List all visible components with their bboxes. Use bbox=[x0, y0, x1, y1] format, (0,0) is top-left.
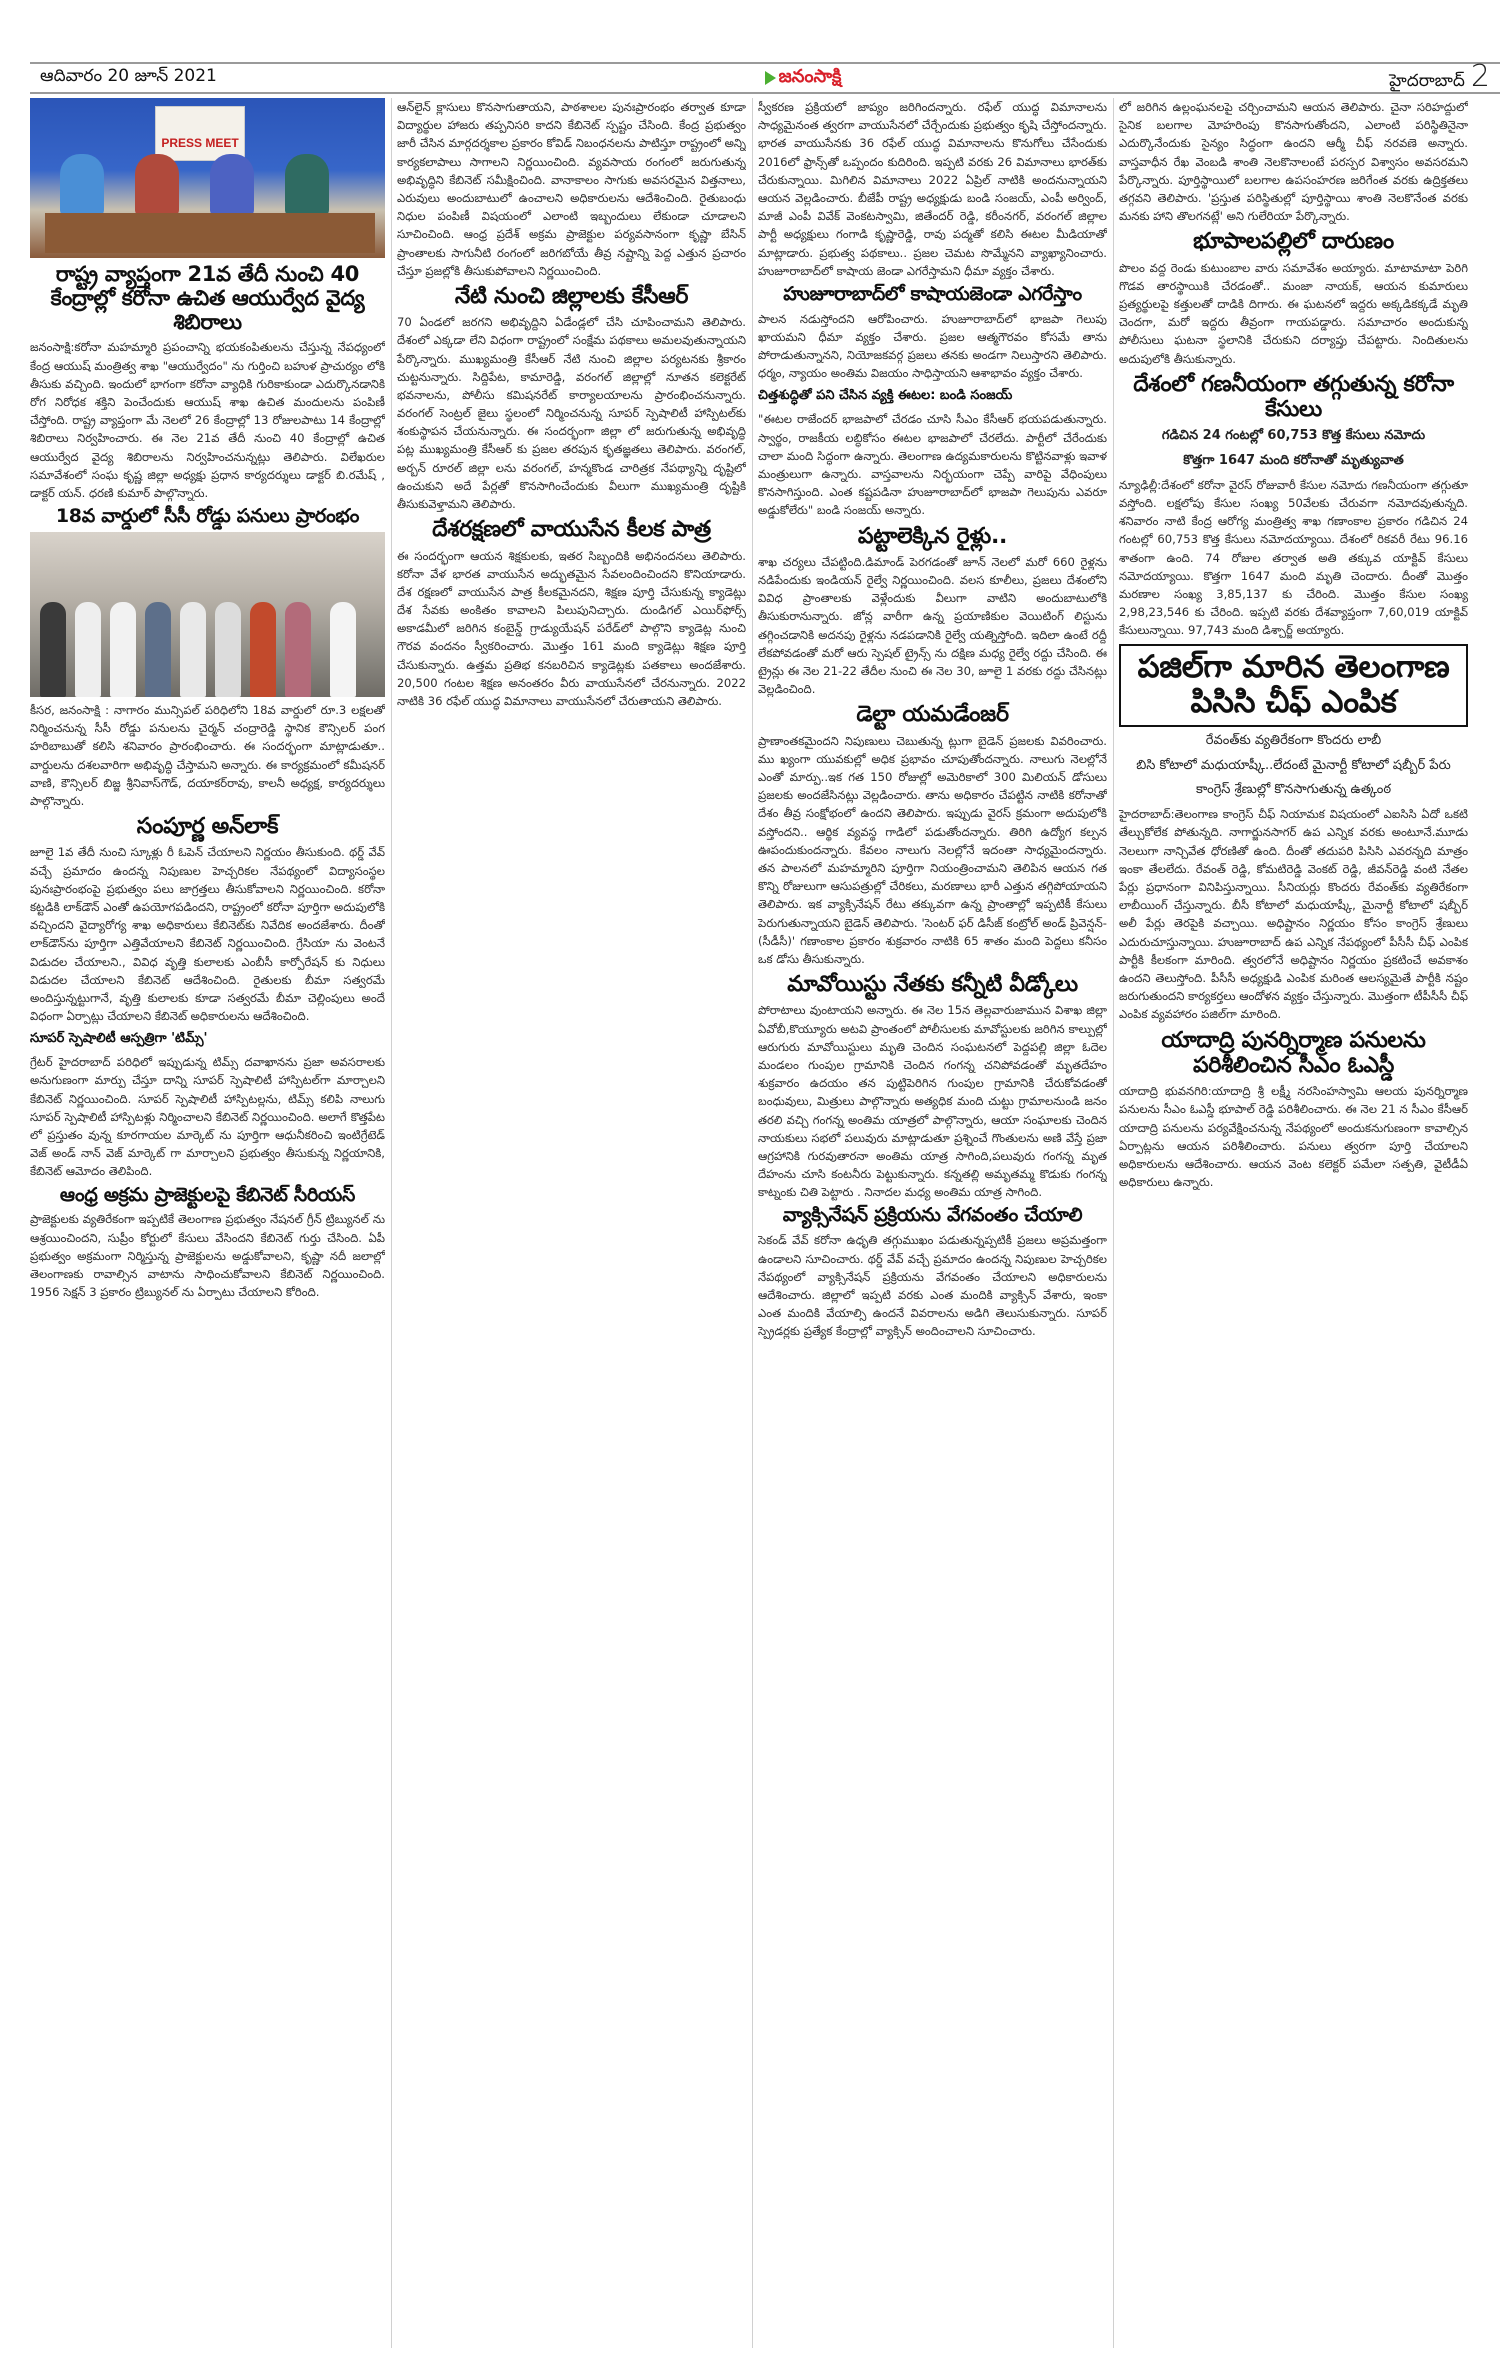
headline[interactable]: రాష్ట్ర వ్యాప్తంగా 21వ తేదీ నుంచి 40 కేం… bbox=[30, 262, 385, 334]
article-body: సెకండ్ వేవ్ కరోనా ఉధృతి తగ్గుముఖం పడుతున… bbox=[758, 1231, 1107, 2348]
person-figure bbox=[285, 154, 329, 216]
person-figure bbox=[210, 154, 254, 216]
column-4: లో జరిగిన ఉల్లంఘనలపై చర్చించామని ఆయన తెల… bbox=[1113, 98, 1468, 2348]
person-figure bbox=[180, 602, 206, 697]
article-body: "ఈటల రాజేందర్ భాజపాలో చేరడం చూసి సీఎం కే… bbox=[758, 410, 1107, 519]
issue-date: ఆదివారం 20 జూన్ 2021 bbox=[40, 66, 217, 90]
headline[interactable]: భూపాలపల్లిలో దారుణం bbox=[1119, 229, 1468, 254]
person-figure bbox=[60, 154, 104, 216]
headline[interactable]: సంపూర్ణ అన్‌లాక్ bbox=[30, 814, 385, 839]
headline[interactable]: డెల్టా యమడేంజర్ bbox=[758, 702, 1107, 727]
article-subheading: గడిచిన 24 గంటల్లో 60,753 కొత్త కేసులు నమ… bbox=[1119, 426, 1468, 447]
article-body: యాదాద్రి భువనగిరి:యాదాద్రి శ్రీ లక్ష్మీ … bbox=[1119, 1082, 1468, 2348]
person-figure bbox=[135, 154, 179, 216]
masthead: ఆదివారం 20 జూన్ 2021 జనంసాక్షి హైదరాబాద్… bbox=[30, 62, 1500, 94]
article-body: గ్రేటర్ హైదరాబాద్ పరిధిలో ఇప్పుడున్న టిమ… bbox=[30, 1053, 385, 1180]
person-figure bbox=[285, 602, 311, 697]
article-body: హైదరాబాద్:తెలంగాణ కాంగ్రెస్ చీఫ్ నియామక … bbox=[1119, 805, 1468, 1023]
column-2: ఆన్‌లైన్ క్లాసులు కొనసాగుతాయని, పాఠశాలల … bbox=[391, 98, 746, 2348]
newspaper-page: PRESS MEET రాష్ట్ర వ్యాప్తంగా 21వ తేదీ న… bbox=[30, 98, 1470, 2348]
headline[interactable]: దేశరక్షణలో వాయుసేన కీలక పాత్ర bbox=[397, 517, 746, 542]
person-figure bbox=[40, 602, 66, 697]
headline[interactable]: ఆంధ్ర అక్రమ ప్రాజెక్టులపై కేబినెట్ సీరియ… bbox=[30, 1185, 385, 1207]
headline[interactable]: దేశంలో గణనీయంగా తగ్గుతున్న కరోనా కేసులు bbox=[1119, 372, 1468, 423]
headline[interactable]: పట్టాలెక్కిన రైళ్లు.. bbox=[758, 524, 1107, 549]
person-figure bbox=[145, 602, 171, 697]
press-table bbox=[45, 213, 375, 253]
article-subheading: కాంగ్రెస్ శ్రేణుల్లో కొనసాగుతున్న ఉత్కంఠ bbox=[1119, 780, 1468, 801]
article-body: ప్రాణాంతకమైందని నిపుణులు చెబుతున్న ట్లుగ… bbox=[758, 732, 1107, 968]
press-meet-photo: PRESS MEET bbox=[30, 98, 385, 258]
newspaper-logo[interactable]: జనంసాక్షి bbox=[765, 66, 842, 91]
article-body: లో జరిగిన ఉల్లంఘనలపై చర్చించామని ఆయన తెల… bbox=[1119, 98, 1468, 225]
city-name: హైదరాబాద్ bbox=[1389, 71, 1465, 95]
article-subheading: రేవంత్‌కు వ్యతిరేకంగా కొందరు లాబీ bbox=[1119, 731, 1468, 752]
logo-leaf-icon bbox=[765, 71, 776, 85]
person-figure bbox=[250, 602, 276, 697]
person-figure bbox=[75, 602, 101, 697]
article-body: జనంసాక్షి:కరోనా మహమ్మారి ప్రపంచాన్ని భయక… bbox=[30, 338, 385, 502]
column-3: స్వీకరణ ప్రక్రియలో జాప్యం జరిగిందన్నారు.… bbox=[752, 98, 1107, 2348]
article-body: కీసర, జనంసాక్షి : నాగారం మున్సిపల్ పరిధి… bbox=[30, 701, 385, 810]
headline[interactable]: హుజూరాబాద్‌లో కాషాయజెండా ఎగరేస్తాం bbox=[758, 284, 1107, 306]
person-figure bbox=[330, 602, 356, 697]
headline[interactable]: 18వ వార్డులో సీసీ రోడ్డు పనులు ప్రారంభం bbox=[30, 506, 385, 528]
article-body: పొలం వద్ద రెండు కుటుంబాల వారు సమావేశం అయ… bbox=[1119, 259, 1468, 368]
article-body: ప్రాజెక్టులకు వ్యతిరేకంగా ఇప్పటికే తెలంగ… bbox=[30, 1210, 385, 2348]
logo-text: జనంసాక్షి bbox=[779, 66, 842, 91]
person-figure bbox=[215, 602, 241, 697]
article-body: ఈ సందర్భంగా ఆయన శిక్షకులకు, ఇతర సిబ్బంది… bbox=[397, 547, 746, 2348]
article-body: శాఖ చర్యలు చేపట్టింది.డిమాండ్ పెరగడంతో జ… bbox=[758, 553, 1107, 699]
headline[interactable]: మావోయిస్టు నేతకు కన్నీటి వీడ్కోలు bbox=[758, 972, 1107, 997]
headline[interactable]: యాదాద్రి పునర్నిర్మాణ పనులను పరిశీలించిన… bbox=[1119, 1028, 1468, 1079]
cc-road-photo bbox=[30, 532, 385, 697]
subheading: చిత్తశుద్ధితో పని చేసిన వ్యక్తి ఈటల: బండ… bbox=[758, 388, 1107, 406]
article-body: స్వీకరణ ప్రక్రియలో జాప్యం జరిగిందన్నారు.… bbox=[758, 98, 1107, 280]
article-body: ఆన్‌లైన్ క్లాసులు కొనసాగుతాయని, పాఠశాలల … bbox=[397, 98, 746, 280]
headline[interactable]: వ్యాక్సినేషన్ ప్రక్రియను వేగవంతం చేయాలి bbox=[758, 1205, 1107, 1227]
page-number: 2 bbox=[1471, 62, 1490, 92]
article-body: 70 ఏండలో జరగని అభివృద్దిని ఏడేండ్లలో చేస… bbox=[397, 313, 746, 513]
article-subheading: బిసి కోటాలో మధుయాష్కీ..లేదంటే మైనార్టీ క… bbox=[1119, 756, 1468, 777]
article-body: జూలై 1వ తేదీ నుంచి స్కూళ్లు రీ ఓపెన్ చేయ… bbox=[30, 843, 385, 1025]
headline[interactable]: నేటి నుంచి జిల్లాలకు కేసీఆర్ bbox=[397, 284, 746, 309]
article-body: పోరాటాలు వుంటాయని అన్నారు. ఈ నెల 15న తెల… bbox=[758, 1001, 1107, 1201]
article-subheading: కొత్తగా 1647 మంది కరోనాతో మృత్యువాత bbox=[1119, 451, 1468, 472]
edition-city: హైదరాబాద్ 2 bbox=[1389, 62, 1490, 95]
subheading: సూపర్ స్పెషాలిటీ ఆస్పత్రిగా 'టిమ్స్' bbox=[30, 1031, 385, 1049]
person-figure bbox=[110, 602, 136, 697]
article-body: న్యూఢిల్లీ:దేశంలో కరోనా వైరస్ రోజువారీ క… bbox=[1119, 476, 1468, 640]
press-meet-banner: PRESS MEET bbox=[155, 106, 245, 161]
article-body: పాలన నడుస్తోందని ఆరోపించారు. హుజూరాబాద్‌… bbox=[758, 310, 1107, 383]
headline-boxed[interactable]: పజిల్‌గా మారిన తెలంగాణ పిసిసి చీఫ్ ఎంపిక bbox=[1119, 644, 1468, 727]
column-1: PRESS MEET రాష్ట్ర వ్యాప్తంగా 21వ తేదీ న… bbox=[30, 98, 385, 2348]
